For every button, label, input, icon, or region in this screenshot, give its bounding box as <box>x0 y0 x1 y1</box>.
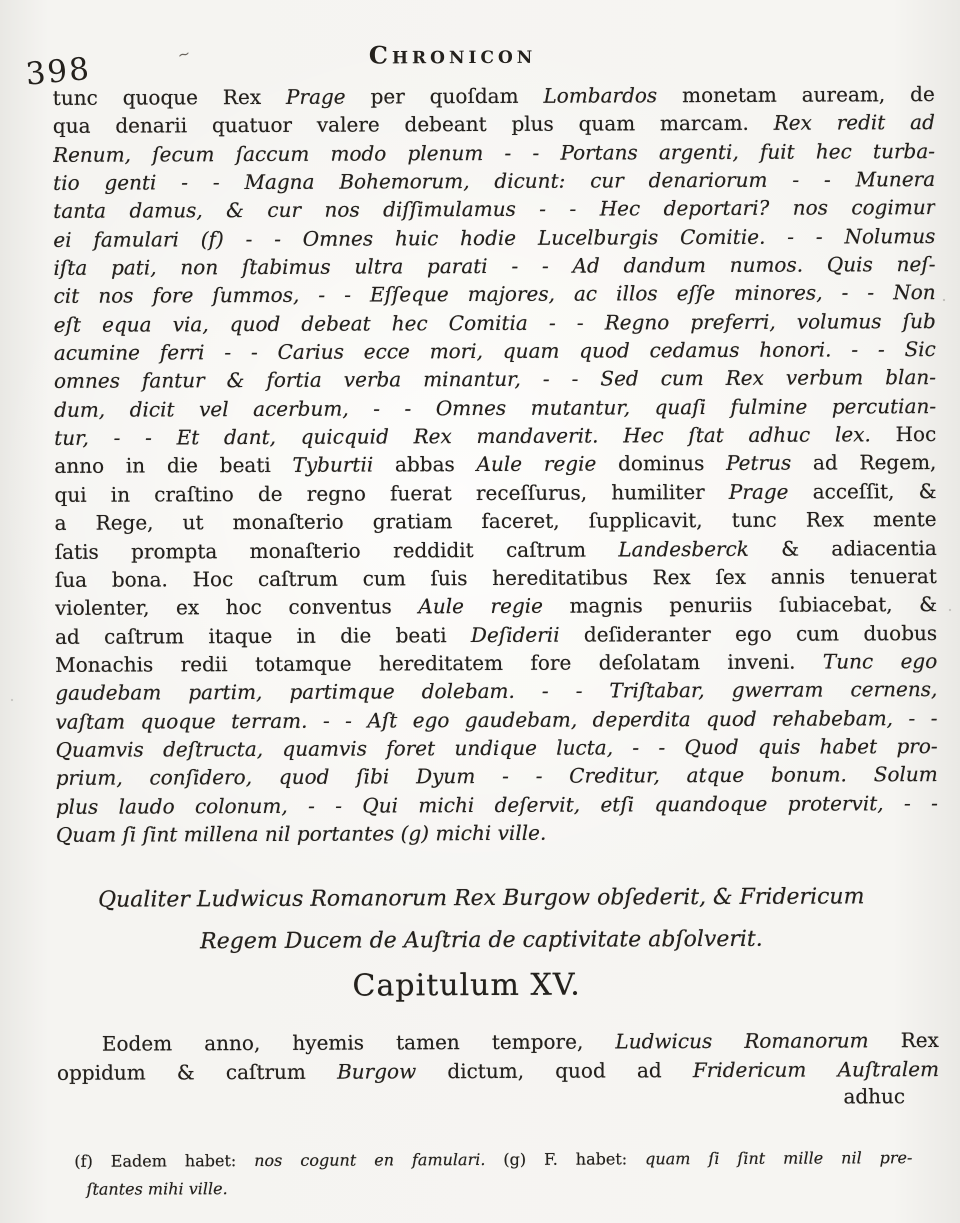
text-segment: nos cogunt en famulari. <box>254 1150 485 1170</box>
text-line: vaſtam quoque terram. - - Aſt ego gaudeb… <box>55 704 937 736</box>
text-line: a Rege, ut monaſterio gratiam faceret, ſ… <box>55 505 937 537</box>
text-segment: dominus <box>596 451 726 476</box>
text-segment: ei famulari (f) - - Omnes huic hodie Luc… <box>53 224 935 252</box>
text-segment: Landesberck <box>618 536 749 561</box>
text-line: tur, - - Et dant, quicquid Rex mandaveri… <box>54 420 936 452</box>
text-segment: vaſtam quoque terram. - - Aſt ego gaudeb… <box>55 706 937 734</box>
text-segment: cit nos fore ſummos, - - Eſſeque majores… <box>54 280 936 308</box>
text-segment: Monachis redii totamque hereditatem fore… <box>55 649 823 676</box>
text-segment: Aule regie <box>476 452 596 477</box>
text-line: gaudebam partim, partimque dolebam. - - … <box>55 675 937 707</box>
text-segment: dictum, quod ad <box>416 1058 693 1083</box>
text-line: cit nos fore ſummos, - - Eſſeque majores… <box>54 278 936 310</box>
text-segment: abbas <box>373 452 476 476</box>
section-heading: Qualiter Ludwicus Romanorum Rex Burgow o… <box>41 876 921 964</box>
text-line: tanta damus, & cur nos diſſimulamus - - … <box>53 193 935 225</box>
book-page: 398 Chronicon ~ tunc quoque Rex Prage pe… <box>0 0 960 1223</box>
text-line: Renum, ſecum ſaccum modo plenum - - Port… <box>53 137 935 169</box>
text-segment: tanta damus, & cur nos diſſimulamus - - … <box>53 195 935 223</box>
text-segment: gaudebam partim, partimque dolebam. - - … <box>55 677 937 705</box>
text-segment: plus laudo colonum, - - Qui michi deſerv… <box>56 791 938 819</box>
text-segment: acumine ferri - - Carius ecce mori, quam… <box>54 337 936 365</box>
text-segment: ſatis prompta monaſterio reddidit caſtru… <box>55 537 619 563</box>
text-line: ſtantes mihi ville. <box>74 1172 912 1204</box>
text-line: dum, dicit vel acerbum, - - Omnes mutant… <box>54 392 936 424</box>
text-segment: Rex redit ad <box>774 110 935 135</box>
text-segment: per quoſdam <box>346 84 544 109</box>
text-line: tunc quoque Rex Prage per quoſdam Lombar… <box>53 80 935 112</box>
text-segment: (g) F. habet: <box>485 1149 645 1169</box>
text-line: anno in die beati Tyburtii abbas Aule re… <box>54 448 936 480</box>
text-line: ad caſtrum itaque in die beati Deſiderii… <box>55 619 937 651</box>
text-segment: magnis penuriis ſubiacebat, & <box>543 592 937 618</box>
text-segment: deſideranter ego cum duobus <box>560 621 938 647</box>
text-segment: Tyburtii <box>292 453 373 477</box>
text-segment: Ludwicus Romanorum <box>615 1028 868 1053</box>
text-segment: quam ſi ſint mille nil pre- <box>645 1148 912 1168</box>
text-line: Quamvis deſtructa, quamvis foret undique… <box>56 732 938 764</box>
text-segment: iſta pati, non ſtabimus ultra parati - -… <box>53 252 935 280</box>
text-segment: (f) Eadem habet: <box>74 1151 254 1171</box>
text-segment: Hoc <box>871 422 937 446</box>
footnotes: (f) Eadem habet: nos cogunt en famulari.… <box>74 1144 912 1204</box>
text-line: acumine ferri - - Carius ecce mori, quam… <box>54 335 936 367</box>
text-line: tio genti - - Magna Bohemorum, dicunt: c… <box>53 165 935 197</box>
text-segment: qui in craſtino de regno fuerat receſſur… <box>54 480 729 507</box>
text-segment: monetam auream, de <box>657 82 935 107</box>
text-segment: Eodem anno, hyemis tamen tempore, <box>102 1029 616 1055</box>
text-segment: Deſiderii <box>471 622 560 646</box>
text-line: Monachis redii totamque hereditatem fore… <box>55 647 937 679</box>
text-segment: Aule regie <box>418 594 543 619</box>
text-segment: prium, conſidero, quod ſibi Dyum - - Cre… <box>56 762 938 790</box>
text-line: Regem Ducem de Auſtria de captivitate ab… <box>41 918 921 964</box>
text-line: qua denarii quatuor valere debeant plus … <box>53 108 935 140</box>
body-text: tunc quoque Rex Prage per quoſdam Lombar… <box>53 80 938 849</box>
chapter-paragraph: Eodem anno, hyemis tamen tempore, Ludwic… <box>57 1026 939 1087</box>
text-segment: tur, - - Et dant, quicquid Rex mandaveri… <box>54 422 871 450</box>
running-head: Chronicon <box>0 38 908 71</box>
text-segment: Quamvis deſtructa, quamvis foret undique… <box>56 734 938 762</box>
scanned-text-block: 398 Chronicon ~ tunc quoque Rex Prage pe… <box>0 0 960 1223</box>
text-segment: & adiacentia <box>749 536 937 561</box>
text-line: Eodem anno, hyemis tamen tempore, Ludwic… <box>57 1026 939 1058</box>
text-segment: Fridericum Auſtralem <box>693 1057 939 1082</box>
text-segment: Prage <box>286 85 346 109</box>
chapter-title: Capitulum XV. <box>2 966 932 1005</box>
text-line: ſua bona. Hoc caſtrum cum ſuis hereditat… <box>55 562 937 594</box>
catchword: adhuc <box>843 1084 905 1108</box>
text-line: iſta pati, non ſtabimus ultra parati - -… <box>53 250 935 282</box>
text-segment: violenter, ex hoc conventus <box>55 594 418 620</box>
text-line: ſatis prompta monaſterio reddidit caſtru… <box>55 534 937 566</box>
text-line: prium, conſidero, quod ſibi Dyum - - Cre… <box>56 760 938 792</box>
text-segment: Qualiter Ludwicus Romanorum Rex Burgow o… <box>98 884 864 912</box>
text-segment: Regem Ducem de Auſtria de captivitate ab… <box>200 927 763 954</box>
text-segment: Prage <box>729 479 789 503</box>
text-segment: dum, dicit vel acerbum, - - Omnes mutant… <box>54 394 936 422</box>
text-line: violenter, ex hoc conventus Aule regie m… <box>55 590 937 622</box>
text-line: Qualiter Ludwicus Romanorum Rex Burgow o… <box>41 876 921 922</box>
text-segment: Quam ſi ſint millena nil portantes (g) m… <box>56 821 546 847</box>
text-segment: eſt equa via, quod debeat hec Comitia - … <box>54 309 936 337</box>
text-segment: tio genti - - Magna Bohemorum, dicunt: c… <box>53 167 935 195</box>
text-segment: anno in die beati <box>54 453 292 478</box>
text-segment: ſua bona. Hoc caſtrum cum ſuis hereditat… <box>55 564 937 592</box>
text-line: Quam ſi ſint millena nil portantes (g) m… <box>56 817 938 849</box>
text-segment: ſtantes mihi ville. <box>86 1179 227 1199</box>
text-segment: oppidum & caſtrum <box>57 1059 337 1084</box>
text-line: eſt equa via, quod debeat hec Comitia - … <box>54 307 936 339</box>
text-segment: qua denarii quatuor valere debeant plus … <box>53 111 774 138</box>
text-line: (f) Eadem habet: nos cogunt en famulari.… <box>74 1144 912 1176</box>
text-line: oppidum & caſtrum Burgow dictum, quod ad… <box>57 1055 939 1087</box>
text-segment: Burgow <box>337 1059 416 1083</box>
text-segment: Petrus <box>726 451 791 475</box>
text-segment: omnes fantur & fortia verba minantur, - … <box>54 365 936 393</box>
text-segment: Rex <box>869 1028 939 1052</box>
text-segment: Tunc ego <box>823 649 937 673</box>
text-segment: acceſſit, & <box>788 479 936 504</box>
text-line: omnes fantur & fortia verba minantur, - … <box>54 363 936 395</box>
text-segment: ad Regem, <box>791 450 936 475</box>
text-segment: ad caſtrum itaque in die beati <box>55 623 471 649</box>
text-line: qui in craſtino de regno fuerat receſſur… <box>54 477 936 509</box>
text-segment: Renum, ſecum ſaccum modo plenum - - Port… <box>53 139 935 167</box>
text-segment: tunc quoque Rex <box>53 85 286 110</box>
text-segment: Lombardos <box>543 83 657 107</box>
text-line: ei famulari (f) - - Omnes huic hodie Luc… <box>53 222 935 254</box>
text-segment: a Rege, ut monaſterio gratiam faceret, ſ… <box>55 507 937 535</box>
text-line: plus laudo colonum, - - Qui michi deſerv… <box>56 789 938 821</box>
